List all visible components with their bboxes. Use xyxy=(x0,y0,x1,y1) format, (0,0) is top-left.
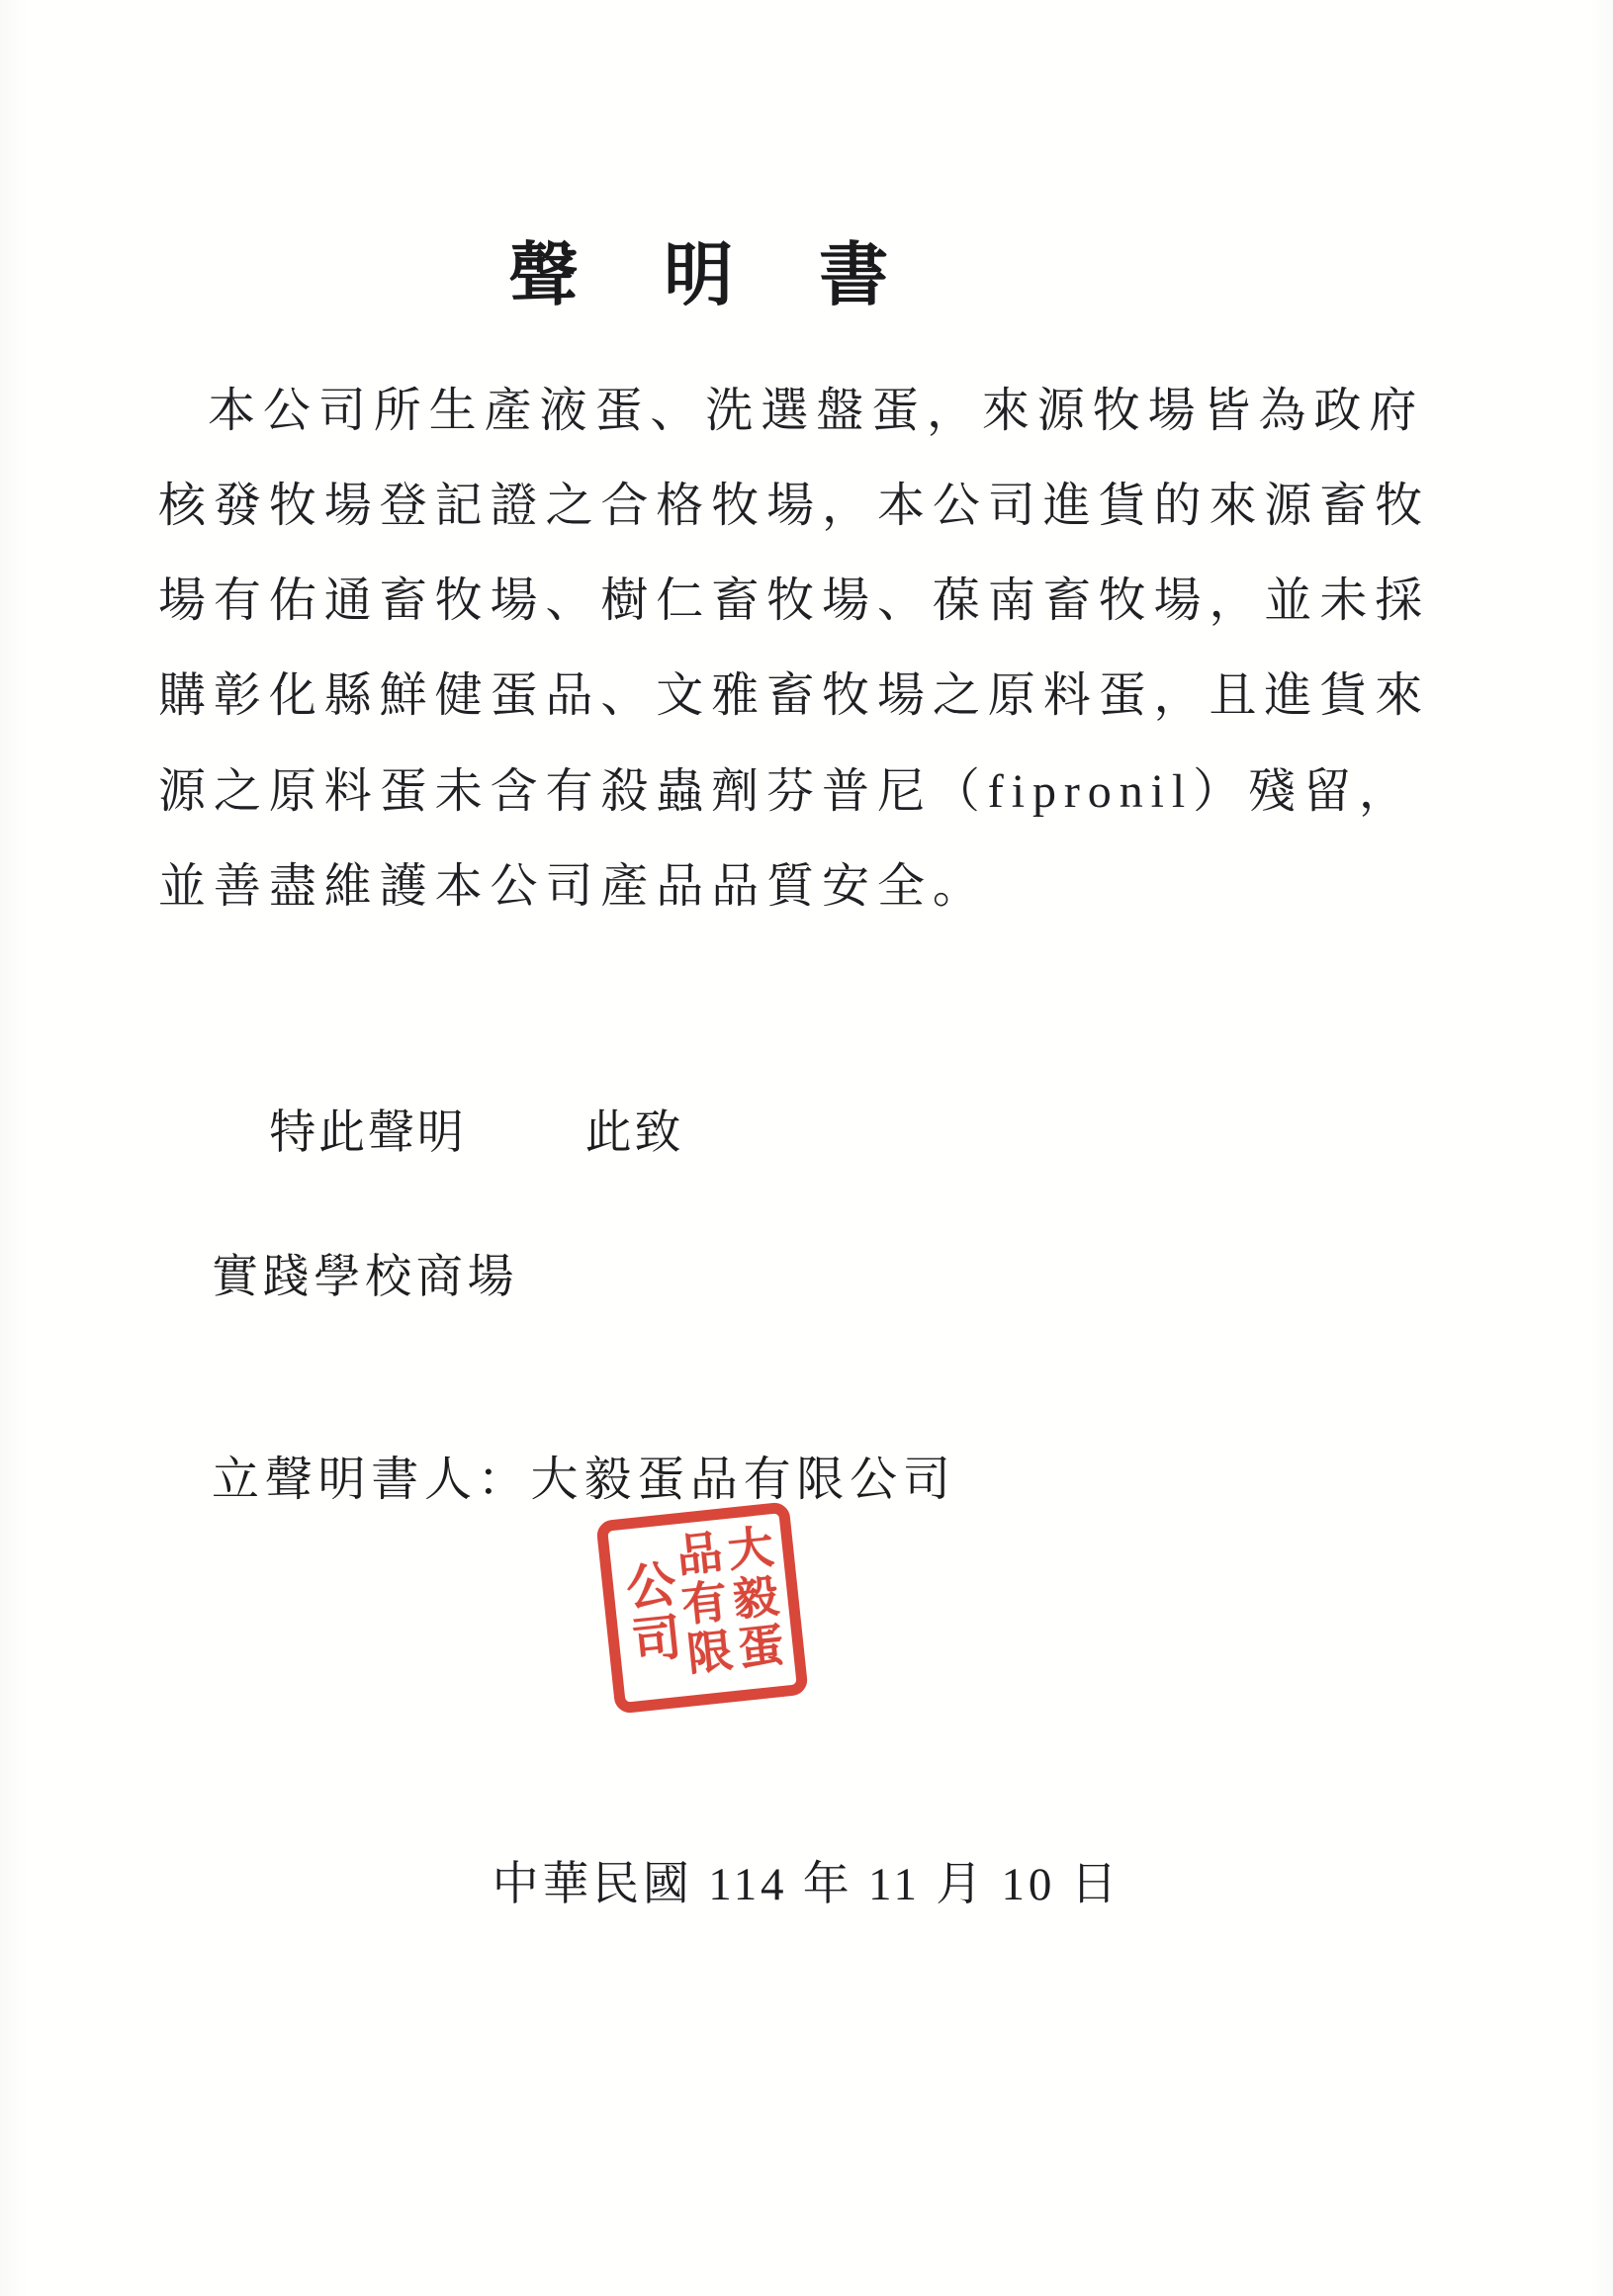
body-line: 並善盡維護本公司產品品質安全。 xyxy=(158,839,1474,934)
company-seal-stamp: 大毅蛋 品有限 公司 xyxy=(595,1501,808,1714)
recipient-line: 實踐學校商場 xyxy=(212,1252,518,1303)
body-line: 源之原料蛋未含有殺蟲劑芬普尼（fipronil）殘留， xyxy=(158,745,1474,839)
date-line: 中華民國 114 年 11 月 10 日 xyxy=(0,1847,1613,1913)
body-paragraph: 本公司所生產液蛋、洗選盤蛋，來源牧場皆為政府 核發牧場登記證之合格牧場，本公司進… xyxy=(158,364,1474,934)
closing-statement: 特此聲明 xyxy=(269,1107,466,1159)
declarant-line: 立聲明書人：大毅蛋品有限公司 xyxy=(212,1454,956,1507)
document-title: 聲 明 書 xyxy=(0,220,1405,319)
body-line: 購彰化縣鮮健蛋品、文雅畜牧場之原料蛋，且進貨來 xyxy=(158,649,1474,744)
body-line: 場有佑通畜牧場、樹仁畜牧場、葆南畜牧場，並未採 xyxy=(158,554,1474,649)
body-line: 核發牧場登記證之合格牧場，本公司進貨的來源畜牧 xyxy=(158,459,1474,554)
body-line: 本公司所生產液蛋、洗選盤蛋，來源牧場皆為政府 xyxy=(158,364,1474,459)
declaration-document-page: 聲 明 書 本公司所生產液蛋、洗選盤蛋，來源牧場皆為政府 核發牧場登記證之合格牧… xyxy=(0,0,1613,2296)
closing-line: 特此聲明此致 xyxy=(212,1056,683,1210)
closing-salutation: 此致 xyxy=(585,1107,684,1159)
